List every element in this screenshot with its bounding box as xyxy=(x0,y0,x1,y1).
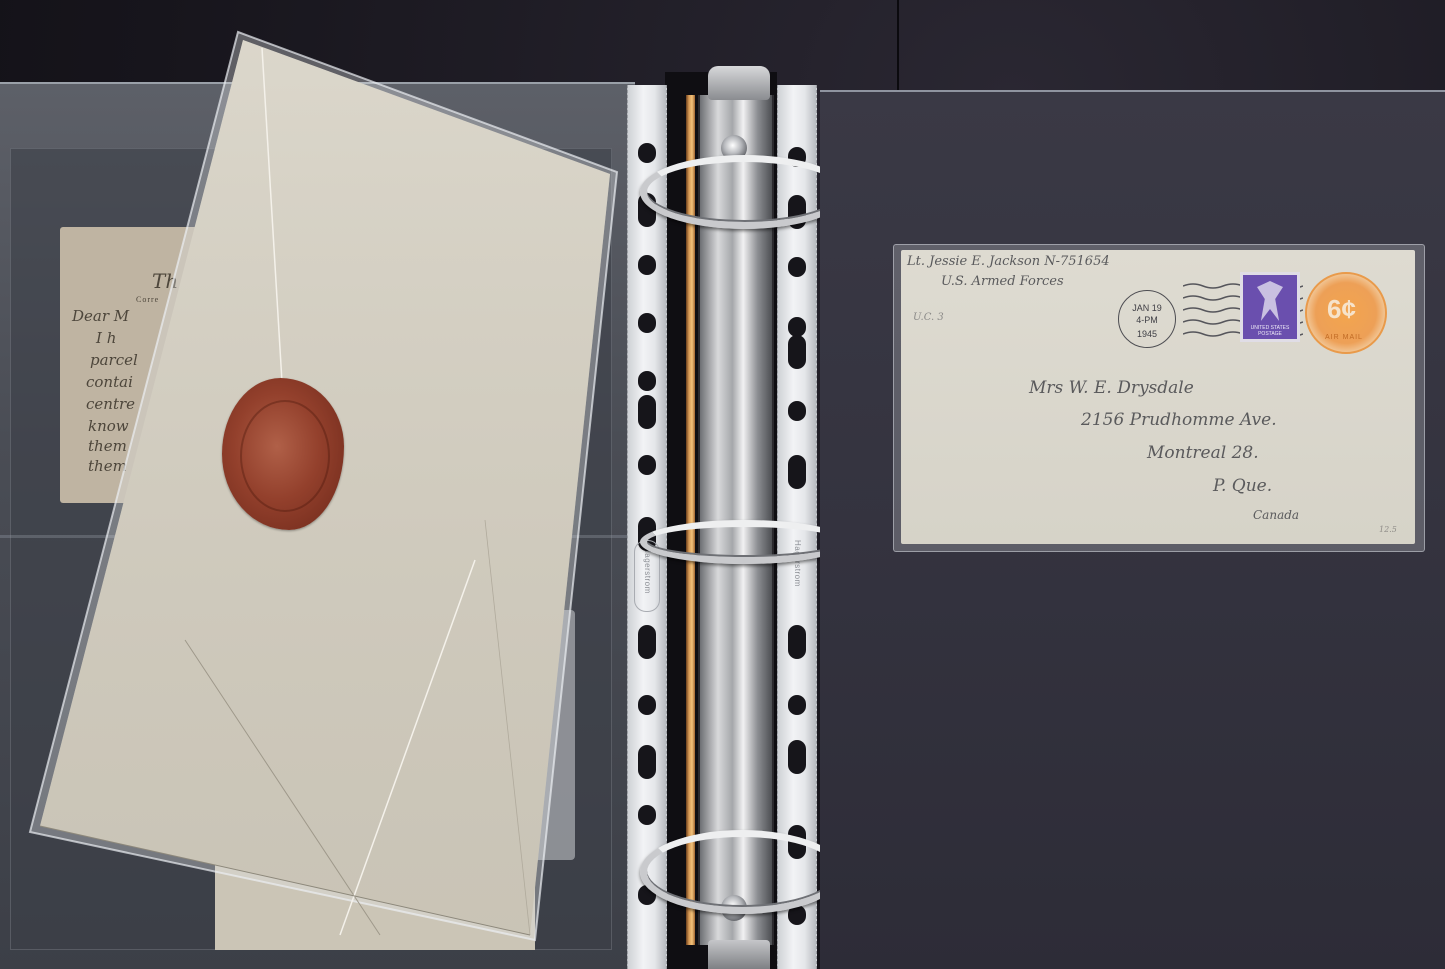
punch-hole xyxy=(788,317,806,337)
punch-hole xyxy=(788,740,806,774)
return-address-line1: Lt. Jessie E. Jackson N-751654 xyxy=(907,254,1110,269)
punch-hole xyxy=(638,745,656,779)
binder-ring-top[interactable] xyxy=(640,155,849,229)
postage-stamp: UNITED STATES POSTAGE xyxy=(1240,272,1300,342)
punch-hole xyxy=(638,371,656,391)
top-lever[interactable] xyxy=(708,66,770,100)
addressee-line2: 2156 Prudhomme Ave. xyxy=(1081,410,1277,430)
postmark-time: 4-PM xyxy=(1119,315,1175,325)
punch-hole xyxy=(638,695,656,715)
punch-hole xyxy=(638,255,656,275)
indicia-text: AIR MAIL xyxy=(1325,334,1363,341)
addressee-line4: P. Que. xyxy=(1213,476,1272,496)
addressee-line5: Canada xyxy=(1253,508,1299,522)
stamp-label: UNITED STATES POSTAGE xyxy=(1243,325,1297,337)
return-address-line2: U.S. Armed Forces xyxy=(941,274,1064,289)
punch-hole xyxy=(638,143,656,163)
wax-seal-impression xyxy=(240,400,330,512)
punch-hole xyxy=(638,313,656,333)
punch-hole xyxy=(638,395,656,429)
addressee-line1: Mrs W. E. Drysdale xyxy=(1029,378,1194,398)
circular-postmark: JAN 19 4-PM 1945 xyxy=(1118,290,1176,348)
punch-hole xyxy=(788,695,806,715)
indicia-value: 6¢ xyxy=(1327,294,1356,325)
punch-hole xyxy=(638,805,656,825)
eagle-icon xyxy=(1257,281,1283,321)
censor-mark: U.C. 3 xyxy=(913,312,944,323)
binder-ring-middle[interactable] xyxy=(640,520,849,564)
punch-hole xyxy=(638,625,656,659)
punch-hole xyxy=(788,257,806,277)
postmark-year: 1945 xyxy=(1119,329,1175,339)
punch-hole xyxy=(788,401,806,421)
bottom-lever[interactable] xyxy=(708,940,770,969)
brand-text: Hagerstrom xyxy=(638,547,652,617)
punch-hole xyxy=(638,455,656,475)
punched-strip-left: Hagerstrom xyxy=(627,85,667,969)
punch-hole xyxy=(788,455,806,489)
pencil-note: 12.5 xyxy=(1379,525,1397,534)
postmark-date: JAN 19 xyxy=(1119,303,1175,313)
punch-hole xyxy=(788,335,806,369)
punch-hole xyxy=(788,625,806,659)
binder-ring-bottom[interactable] xyxy=(640,830,844,914)
addressee-line3: Montreal 28. xyxy=(1147,443,1259,463)
airmail-indicia: 6¢ AIR MAIL xyxy=(1305,272,1387,354)
